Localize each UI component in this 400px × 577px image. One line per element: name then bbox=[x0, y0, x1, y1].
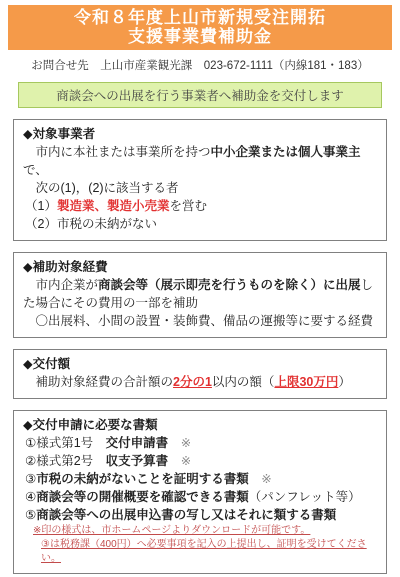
text-run: （パンフレット等） bbox=[249, 490, 361, 504]
text-run: 2分の1 bbox=[173, 375, 212, 389]
text-run: ②様式第2号 bbox=[25, 454, 106, 468]
text-line: 市内に本社または事業所を持つ中小企業または個人事業主で、 bbox=[23, 143, 378, 179]
text-run: ③は税務課（400円）へ必要事項を記入の上提出し、証明を受けてください。 bbox=[41, 539, 367, 564]
section-heading: ◆補助対象経費 bbox=[23, 258, 378, 276]
text-run bbox=[249, 472, 262, 486]
header-banner: 令和８年度上山市新規受注開拓 支援事業費補助金 bbox=[8, 5, 392, 50]
section-eligible-expenses: ◆補助対象経費市内企業が商談会等（展示即売を行うものを除く）に出展した場合にその… bbox=[13, 252, 387, 338]
text-line: ②様式第2号 収支予算書 ※ bbox=[23, 452, 378, 470]
text-run: 製造業、製造小売業 bbox=[57, 199, 170, 213]
text-run: ※ bbox=[261, 472, 271, 486]
text-run: ④ bbox=[25, 490, 36, 504]
text-run: ※ bbox=[181, 436, 191, 450]
text-run: 上限30万円 bbox=[274, 375, 338, 389]
text-line: ③市税の未納がないことを証明する書類 ※ bbox=[23, 470, 378, 488]
contact-info: お問合せ先 上山市産業観光課 023-672-1111（内線181・183） bbox=[0, 57, 400, 73]
text-run: ※印の様式は、市ホームページよりダウンロードが可能です。 bbox=[33, 525, 310, 536]
text-line: ⑤商談会等への出展申込書の写し又はそれに類する書類 bbox=[23, 506, 378, 524]
section-heading: ◆交付申請に必要な書類 bbox=[23, 416, 378, 434]
sections-container: ◆対象事業者市内に本社または事業所を持つ中小企業または個人事業主で、次の(1)，… bbox=[0, 119, 400, 574]
section-grant-amount: ◆交付額補助対象経費の合計額の2分の1以内の額（上限30万円） bbox=[13, 349, 387, 399]
text-run bbox=[168, 454, 181, 468]
text-line: ※印の様式は、市ホームページよりダウンロードが可能です。 bbox=[33, 524, 378, 538]
text-line: （2）市税の未納がない bbox=[23, 215, 378, 233]
text-run: ①様式第1号 bbox=[25, 436, 106, 450]
text-run: 次の(1)，(2)に該当する者 bbox=[36, 181, 179, 195]
text-run: 補助対象経費の合計額の bbox=[36, 375, 174, 389]
text-line: ①様式第1号 交付申請書 ※ bbox=[23, 434, 378, 452]
section-required-documents: ◆交付申請に必要な書類①様式第1号 交付申請書 ※②様式第2号 収支予算書 ※③… bbox=[13, 410, 387, 574]
text-line: 次の(1)，(2)に該当する者 bbox=[23, 179, 378, 197]
flyer-page: 令和８年度上山市新規受注開拓 支援事業費補助金 お問合せ先 上山市産業観光課 0… bbox=[0, 0, 400, 577]
text-run: 商談会等（展示即売を行うものを除く）に出展 bbox=[98, 278, 361, 292]
text-run bbox=[168, 436, 181, 450]
page-title-line-1: 令和８年度上山市新規受注開拓 bbox=[8, 8, 392, 27]
text-run: （1） bbox=[25, 199, 57, 213]
text-run: 市内企業が bbox=[36, 278, 99, 292]
text-line: ④商談会等の開催概要を確認できる書類（パンフレット等） bbox=[23, 488, 378, 506]
text-run: 交付申請書 bbox=[106, 436, 169, 450]
text-run: ⑤ bbox=[25, 508, 36, 522]
text-run: 以内の額（ bbox=[212, 375, 275, 389]
section-heading: ◆交付額 bbox=[23, 355, 378, 373]
text-run: 商談会等への出展申込書の写し又はそれに類する書類 bbox=[36, 508, 336, 522]
text-line: ③は税務課（400円）へ必要事項を記入の上提出し、証明を受けてください。 bbox=[41, 538, 378, 566]
text-line: 〇出展料、小間の設置・装飾費、備品の運搬等に要する経費 bbox=[23, 312, 378, 330]
text-run: 商談会等の開催概要を確認できる書類 bbox=[36, 490, 249, 504]
text-run: ※ bbox=[181, 454, 191, 468]
text-line: 補助対象経費の合計額の2分の1以内の額（上限30万円） bbox=[23, 373, 378, 391]
text-run: （2）市税の未納がない bbox=[25, 217, 157, 231]
text-run: 中小企業または個人事業主 bbox=[211, 145, 361, 159]
text-line: （1）製造業、製造小売業を営む bbox=[23, 197, 378, 215]
section-target-business: ◆対象事業者市内に本社または事業所を持つ中小企業または個人事業主で、次の(1)，… bbox=[13, 119, 387, 241]
section-heading: ◆対象事業者 bbox=[23, 125, 378, 143]
text-line: 市内企業が商談会等（展示即売を行うものを除く）に出展した場合にその費用の一部を補… bbox=[23, 276, 378, 312]
text-run: ③ bbox=[25, 472, 36, 486]
text-run: 市内に本社または事業所を持つ bbox=[36, 145, 211, 159]
page-title-line-2: 支援事業費補助金 bbox=[8, 27, 392, 46]
text-run: 市税の未納がないことを証明する書類 bbox=[36, 472, 249, 486]
text-run: で、 bbox=[23, 163, 48, 177]
text-run: 収支予算書 bbox=[106, 454, 169, 468]
text-run: を営む bbox=[169, 199, 207, 213]
summary-banner: 商談会への出展を行う事業者へ補助金を交付します bbox=[18, 82, 382, 108]
text-run: 〇出展料、小間の設置・装飾費、備品の運搬等に要する経費 bbox=[36, 314, 374, 328]
text-run: ） bbox=[338, 375, 351, 389]
